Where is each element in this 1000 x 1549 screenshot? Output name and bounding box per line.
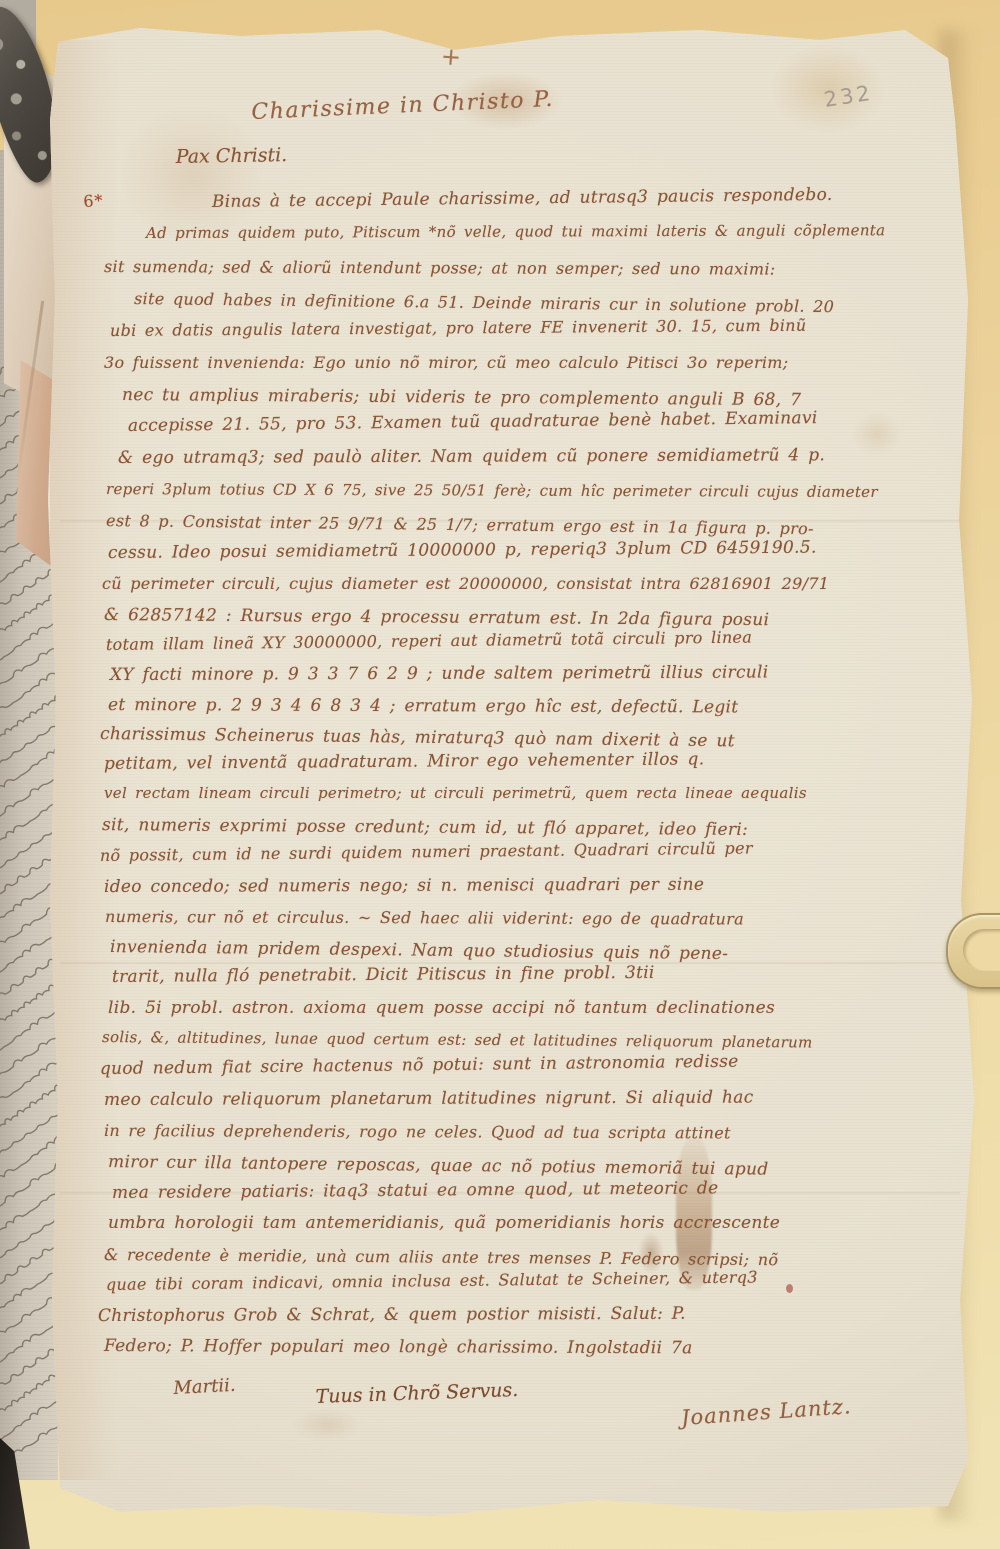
manuscript-line: & 62857142 : Rursus ergo 4 processu erra… (104, 605, 769, 630)
manuscript-line: mea residere patiaris: itaq3 statui ea o… (112, 1178, 719, 1203)
manuscript-line: et minore p. 2 9 3 4 6 8 3 4 ; erratum e… (108, 695, 738, 717)
paper-crease (60, 1192, 960, 1195)
manuscript-line: est 8 p. Consistat inter 25 9/71 & 25 1/… (106, 511, 814, 538)
manuscript-line: Federo; P. Hoffer populari meo longè cha… (104, 1336, 693, 1358)
manuscript-line: nec tu amplius miraberis; ubi videris te… (122, 385, 801, 410)
manuscript-line: ideo concedo; sed numeris nego; si n. me… (104, 875, 704, 897)
manuscript-page: + 232 6* Charissime in Christo P. Pax Ch… (0, 0, 1000, 1549)
letter-salutation: Pax Christi. (176, 144, 288, 168)
manuscript-line: site quod habes in definitione 6.a 51. D… (134, 289, 834, 316)
manuscript-line: sit sumenda; sed & aliorũ intendunt poss… (104, 257, 775, 279)
manuscript-line: accepisse 21. 55, pro 53. Examen tuũ qua… (128, 408, 818, 436)
manuscript-line: 3o fuissent invenienda: Ego unio nõ miro… (104, 353, 788, 372)
manuscript-line: miror cur illa tantopere reposcas, quae … (108, 1152, 769, 1180)
corner-stain (118, 105, 268, 245)
drip-stain-blot (638, 1232, 664, 1274)
margin-annotation: 6* (83, 191, 104, 211)
manuscript-line: vel rectam lineam circuli perimetro; ut … (104, 784, 807, 802)
ink-smudge-stain (448, 72, 563, 130)
manuscript-line: quod nedum fiat scire hactenus nõ potui:… (100, 1052, 739, 1079)
manuscript-line: sit, numeris exprimi posse credunt; cum … (102, 815, 748, 840)
manuscript-line: & ego utramq3; sed paulò aliter. Nam qui… (118, 445, 825, 468)
paper-crease (60, 962, 960, 965)
yellow-stain (770, 44, 885, 134)
letter-dateline: Martii. (173, 1375, 236, 1399)
letter-heading: Charissime in Christo P. (251, 87, 554, 125)
manuscript-line: lib. 5i probl. astron. axioma quem posse… (108, 998, 775, 1018)
manuscript-line: cũ perimeter circuli, cujus diameter est… (102, 574, 829, 593)
manuscript-line: quae tibi coram indicavi, omnia inclusa … (106, 1267, 758, 1294)
manuscript-line: cessu. Ideo posui semidiametrũ 10000000 … (108, 538, 817, 563)
letter-signature: Joannes Lantz. (680, 1394, 852, 1430)
foxing-spot (292, 1408, 362, 1442)
manuscript-line: & recedente è meridie, unà cum aliis ant… (104, 1245, 778, 1269)
manuscript-line: umbra horologii tam antemeridianis, quã … (108, 1213, 780, 1233)
manuscript-line: Binas à te accepi Paule charissime, ad u… (212, 185, 833, 212)
red-speck (786, 1284, 793, 1293)
manuscript-line: ubi ex datis angulis latera investigat, … (110, 316, 807, 340)
manuscript-line: trarit, nulla fló penetrabit. Dicit Piti… (112, 963, 655, 987)
manuscript-line: numeris, cur nõ et circulus. ~ Sed haec … (105, 907, 744, 928)
manuscript-line: invenienda iam pridem despexi. Nam quo s… (110, 937, 728, 964)
manuscript-line: petitam, vel inventã quadraturam. Miror … (104, 749, 705, 774)
manuscript-line: charissimus Scheinerus tuas hàs, miratur… (100, 724, 735, 751)
paper-clip-cutout (963, 929, 1000, 971)
paper-crease (60, 520, 960, 523)
left-edge-discoloration (50, 40, 120, 1480)
manuscript-line: Ad primas quidem puto, Pitiscum *nõ vell… (146, 221, 885, 242)
foxing-spot (852, 412, 902, 456)
manuscript-photo: + 232 6* Charissime in Christo P. Pax Ch… (0, 0, 1000, 1549)
manuscript-line: Christophorus Grob & Schrat, & quem post… (98, 1304, 686, 1326)
letter-closing: Tuus in Chrõ Servus. (315, 1379, 518, 1408)
manuscript-line: in re facilius deprehenderis, rogo ne ce… (104, 1121, 731, 1142)
manuscript-line: meo calculo reliquorum planetarum latitu… (104, 1088, 754, 1110)
manuscript-line: nõ possit, cum id ne surdi quidem numeri… (100, 838, 753, 865)
drip-stain (676, 1138, 712, 1290)
page-number: 232 (822, 81, 874, 112)
manuscript-line: XY facti minore p. 9 3 3 7 6 2 9 ; unde … (110, 662, 769, 685)
manuscript-line: solis, &, altitudines, lunae quod certum… (102, 1028, 813, 1051)
manuscript-line: reperi 3plum totius CD X 6 75, sive 25 5… (106, 480, 878, 501)
manuscript-line: totam illam lineã XY 30000000, reperi au… (106, 628, 752, 654)
